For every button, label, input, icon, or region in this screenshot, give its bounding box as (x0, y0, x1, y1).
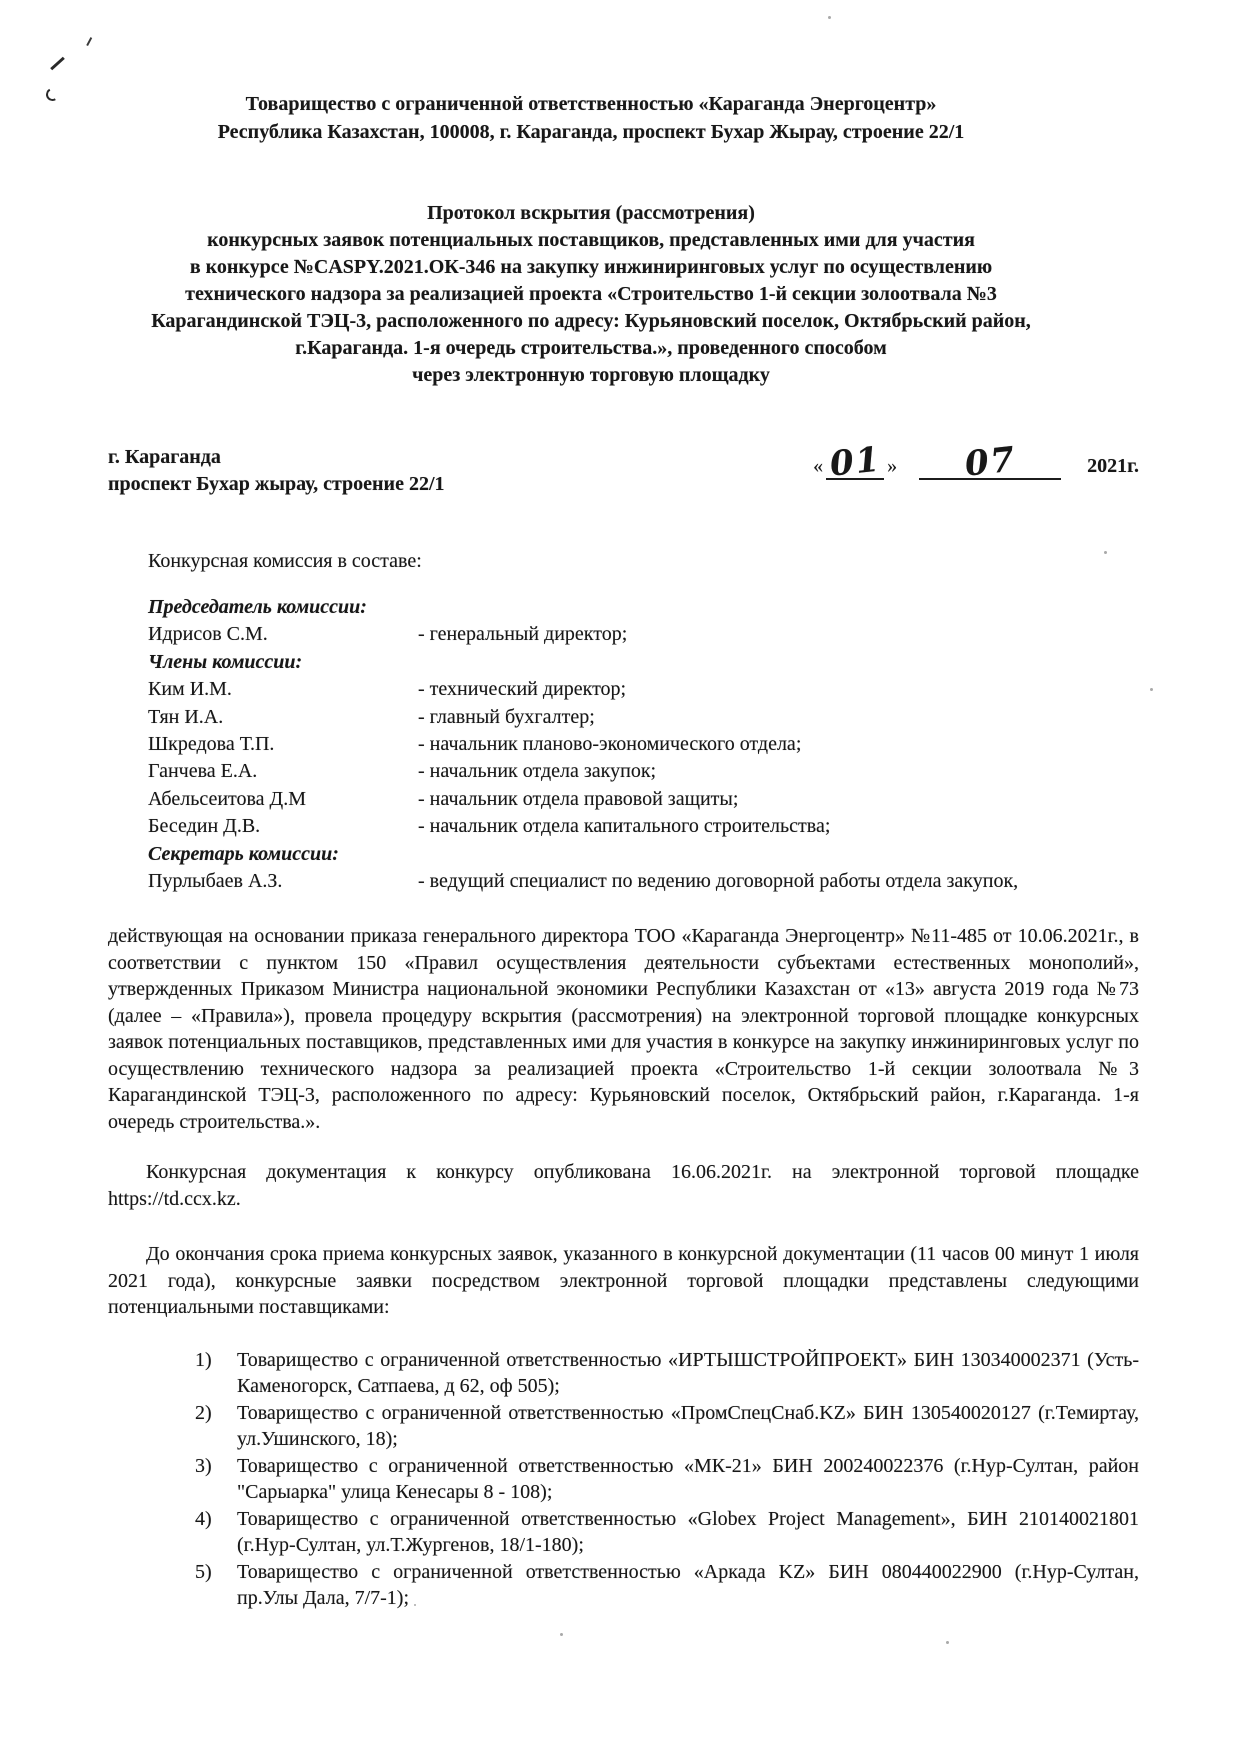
member-name: Беседин Д.В. (148, 813, 418, 840)
date-field: « 01 » 07 2021г. (813, 436, 1139, 480)
member-role: - начальник отдела капитального строител… (418, 813, 1139, 840)
member-name: Тян И.А. (148, 704, 418, 731)
handwritten-day: 01 (828, 443, 882, 480)
month-blank: 07 (919, 436, 1061, 480)
member-role: - начальник отдела правовой защиты; (418, 786, 1139, 813)
supplier-item: 2)Товарищество с ограниченной ответствен… (195, 1400, 1139, 1453)
member-role: - главный бухгалтер; (418, 704, 1139, 731)
member-role: - технический директор; (418, 676, 1139, 703)
year-label: 2021г. (1087, 455, 1139, 480)
commission-list: Председатель комиссии:Идрисов С.М.- гене… (148, 594, 1139, 895)
scan-artifact (946, 1641, 949, 1644)
supplier-number: 3) (195, 1453, 237, 1506)
org-name: Товарищество с ограниченной ответственно… (108, 90, 1074, 118)
suppliers-list: 1)Товарищество с ограниченной ответствен… (195, 1347, 1139, 1612)
member-name: Шкредова Т.П. (148, 731, 418, 758)
place-address: проспект Бухар жырау, строение 22/1 (108, 471, 445, 498)
commission-section-header: Члены комиссии: (148, 649, 1139, 676)
open-quote: « (813, 455, 823, 480)
supplier-text: Товарищество с ограниченной ответственно… (237, 1400, 1139, 1453)
commission-member-row: Беседин Д.В.- начальник отдела капитальн… (148, 813, 1139, 840)
member-name: Ганчева Е.А. (148, 758, 418, 785)
supplier-item: 3)Товарищество с ограниченной ответствен… (195, 1453, 1139, 1506)
commission-member-row: Идрисов С.М.- генеральный директор; (148, 621, 1139, 648)
commission-member-row: Шкредова Т.П.- начальник планово-экономи… (148, 731, 1139, 758)
supplier-number: 2) (195, 1400, 237, 1453)
supplier-text: Товарищество с ограниченной ответственно… (237, 1506, 1139, 1559)
supplier-number: 5) (195, 1559, 237, 1612)
scan-artifact (50, 57, 65, 71)
scanned-protocol-page: Товарищество с ограниченной ответственно… (0, 0, 1240, 1754)
body-paragraph-deadline: До окончания срока приема конкурсных зая… (108, 1241, 1139, 1321)
member-name: Ким И.М. (148, 676, 418, 703)
scan-artifact (86, 37, 96, 48)
member-role: - начальник отдела закупок; (418, 758, 1139, 785)
place-city: г. Караганда (108, 444, 445, 471)
supplier-item: 5)Товарищество с ограниченной ответствен… (195, 1559, 1139, 1612)
document-title: Протокол вскрытия (рассмотрения) конкурс… (108, 200, 1074, 389)
commission-section-header: Председатель комиссии: (148, 594, 1139, 621)
commission-member-row: Абельсеитова Д.М- начальник отдела право… (148, 786, 1139, 813)
place-date-row: г. Караганда проспект Бухар жырау, строе… (108, 436, 1139, 498)
supplier-number: 4) (195, 1506, 237, 1559)
member-role: - генеральный директор; (418, 621, 1139, 648)
scan-artifact (560, 1633, 563, 1636)
org-address: Республика Казахстан, 100008, г. Караган… (108, 118, 1074, 146)
close-quote: » (887, 455, 897, 480)
member-name: Идрисов С.М. (148, 621, 418, 648)
member-role: - ведущий специалист по ведению договорн… (418, 868, 1139, 895)
day-blank: 01 (826, 436, 884, 480)
supplier-text: Товарищество с ограниченной ответственно… (237, 1559, 1139, 1612)
place-block: г. Караганда проспект Бухар жырау, строе… (108, 444, 445, 498)
scan-artifact (1150, 688, 1153, 691)
scan-artifact (828, 16, 831, 19)
commission-section-header: Секретарь комиссии: (148, 841, 1139, 868)
member-role: - начальник планово-экономического отдел… (418, 731, 1139, 758)
supplier-item: 4)Товарищество с ограниченной ответствен… (195, 1506, 1139, 1559)
scan-artifact (45, 87, 61, 103)
commission-member-row: Ганчева Е.А.- начальник отдела закупок; (148, 758, 1139, 785)
handwritten-month: 07 (963, 443, 1017, 480)
supplier-text: Товарищество с ограниченной ответственно… (237, 1453, 1139, 1506)
supplier-number: 1) (195, 1347, 237, 1400)
supplier-item: 1)Товарищество с ограниченной ответствен… (195, 1347, 1139, 1400)
org-header: Товарищество с ограниченной ответственно… (108, 90, 1074, 146)
commission-member-row: Ким И.М.- технический директор; (148, 676, 1139, 703)
commission-intro: Конкурсная комиссия в составе: (148, 550, 1139, 573)
supplier-text: Товарищество с ограниченной ответственно… (237, 1347, 1139, 1400)
body-paragraph-publication: Конкурсная документация к конкурсу опубл… (108, 1159, 1139, 1212)
commission-member-row: Пурлыбаев А.З.- ведущий специалист по ве… (148, 868, 1139, 895)
member-name: Абельсеитова Д.М (148, 786, 418, 813)
member-name: Пурлыбаев А.З. (148, 868, 418, 895)
commission-member-row: Тян И.А.- главный бухгалтер; (148, 704, 1139, 731)
body-paragraph-basis: действующая на основании приказа генерал… (108, 923, 1139, 1135)
